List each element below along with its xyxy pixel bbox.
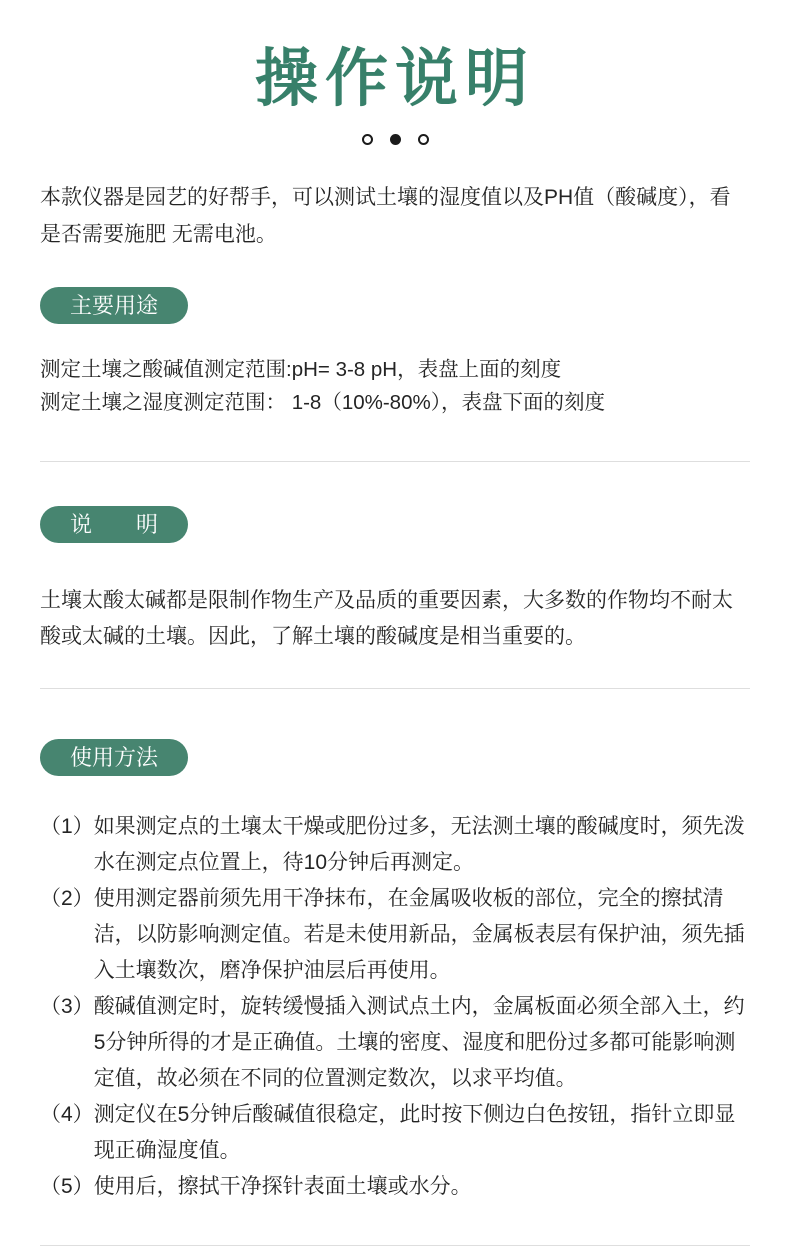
- section-header-usage: 使用方法: [40, 739, 188, 776]
- step-number: （1）: [40, 809, 94, 845]
- carousel-dots: [40, 134, 750, 145]
- list-item: （4） 测定仪在5分钟后酸碱值很稳定，此时按下侧边白色按钮，指针立即显现正确湿度…: [40, 1097, 750, 1169]
- carousel-dot-2-active[interactable]: [390, 134, 401, 145]
- instruction-page: 操作说明 本款仪器是园艺的好帮手，可以测试土壤的湿度值以及PH值（酸碱度），看是…: [0, 0, 790, 1246]
- step-number: （2）: [40, 881, 94, 917]
- step-text: 使用测定器前须先用干净抹布，在金属吸收板的部位，完全的擦拭清洁，以防影响测定值。…: [94, 881, 750, 989]
- list-item: （1） 如果测定点的土壤太干燥或肥份过多，无法测土壤的酸碱度时，须先泼水在测定点…: [40, 809, 750, 881]
- moisture-range-line: 测定土壤之湿度测定范围： 1-8（10%-80%），表盘下面的刻度: [40, 386, 750, 419]
- list-item: （5） 使用后，擦拭干净探针表面土壤或水分。: [40, 1169, 750, 1205]
- section-header-description: 说 明: [40, 506, 188, 543]
- section-header-main-uses: 主要用途: [40, 287, 188, 324]
- step-text: 如果测定点的土壤太干燥或肥份过多，无法测土壤的酸碱度时，须先泼水在测定点位置上，…: [94, 809, 750, 881]
- step-text: 测定仪在5分钟后酸碱值很稳定，此时按下侧边白色按钮，指针立即显现正确湿度值。: [94, 1097, 750, 1169]
- carousel-dot-1[interactable]: [362, 134, 373, 145]
- usage-steps-list: （1） 如果测定点的土壤太干燥或肥份过多，无法测土壤的酸碱度时，须先泼水在测定点…: [40, 809, 750, 1205]
- step-text: 酸碱值测定时，旋转缓慢插入测试点土内，金属板面必须全部入土，约5分钟所得的才是正…: [94, 989, 750, 1097]
- measurement-ranges: 测定土壤之酸碱值测定范围:pH= 3-8 pH，表盘上面的刻度 测定土壤之湿度测…: [40, 353, 750, 419]
- step-number: （4）: [40, 1097, 94, 1133]
- carousel-dot-3[interactable]: [418, 134, 429, 145]
- step-text: 使用后，擦拭干净探针表面土壤或水分。: [94, 1169, 750, 1205]
- step-number: （5）: [40, 1169, 94, 1205]
- list-item: （3） 酸碱值测定时，旋转缓慢插入测试点土内，金属板面必须全部入土，约5分钟所得…: [40, 989, 750, 1097]
- ph-range-line: 测定土壤之酸碱值测定范围:pH= 3-8 pH，表盘上面的刻度: [40, 353, 750, 386]
- description-paragraph: 土壤太酸太碱都是限制作物生产及品质的重要因素，大多数的作物均不耐太酸或太碱的土壤…: [40, 583, 750, 655]
- list-item: （2） 使用测定器前须先用干净抹布，在金属吸收板的部位，完全的擦拭清洁，以防影响…: [40, 881, 750, 989]
- divider: [40, 1245, 750, 1246]
- step-number: （3）: [40, 989, 94, 1025]
- page-title: 操作说明: [40, 42, 750, 118]
- intro-paragraph: 本款仪器是园艺的好帮手，可以测试土壤的湿度值以及PH值（酸碱度），看是否需要施肥…: [40, 179, 750, 253]
